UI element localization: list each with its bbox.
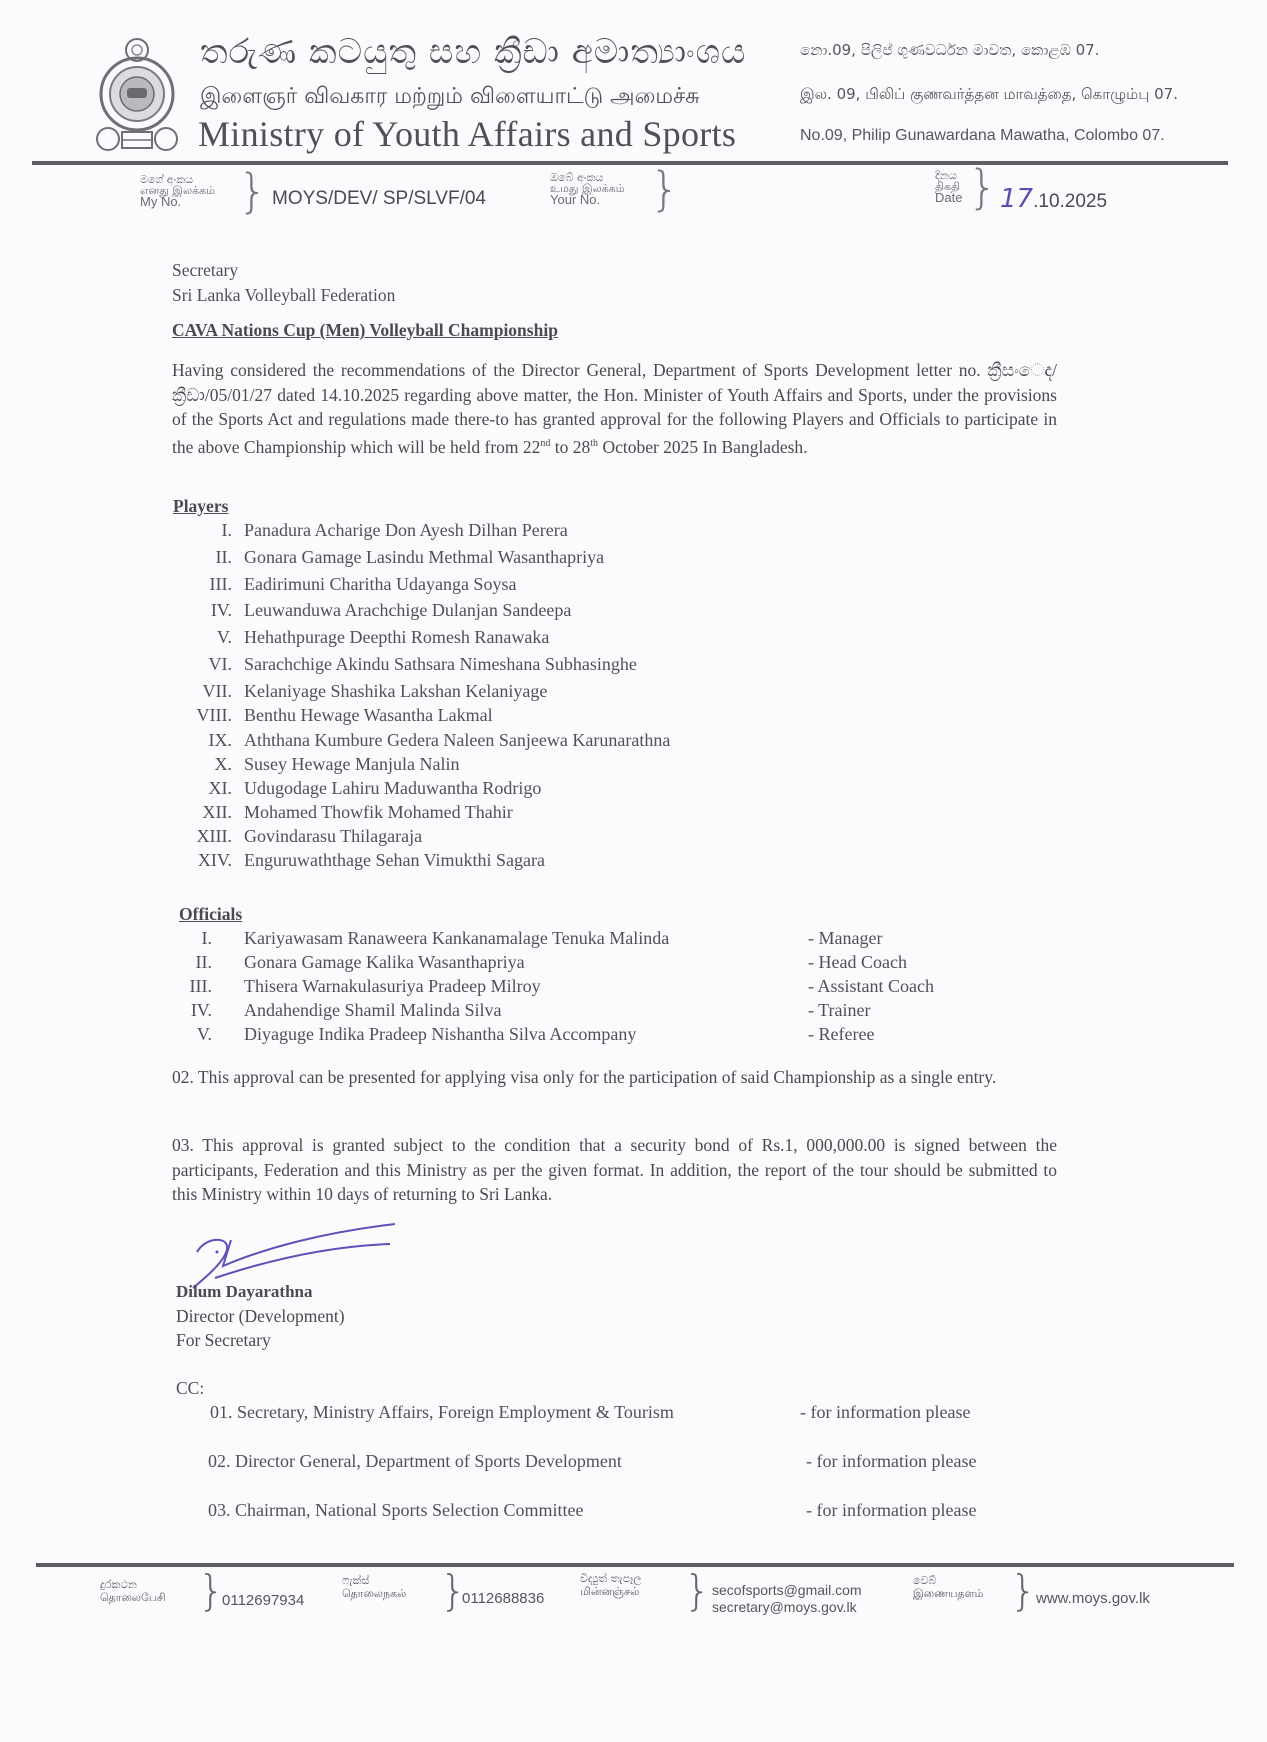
- intro-paragraph: Having considered the recommendations of…: [172, 358, 1057, 459]
- player-name: Leuwanduwa Arachchige Dulanjan Sandeepa: [244, 600, 571, 621]
- brace-icon: }: [650, 166, 679, 212]
- intro-text: to 28: [550, 436, 590, 456]
- player-number: VII.: [172, 681, 232, 702]
- player-name: Udugodage Lahiru Maduwantha Rodrigo: [244, 778, 541, 799]
- cc-note: - for information please: [806, 1500, 976, 1521]
- my-no-label-en: My No.: [140, 196, 215, 207]
- player-name: Panadura Acharige Don Ayesh Dilhan Perer…: [244, 520, 568, 541]
- sri-lanka-emblem-icon: [92, 36, 182, 154]
- ordinal-suffix: th: [590, 438, 598, 449]
- player-name: Mohamed Thowfik Mohamed Thahir: [244, 802, 513, 823]
- email-label: විද්‍යුත් තැපෑල மின்னஞ்சல்: [580, 1572, 642, 1598]
- email-addresses: secofsports@gmail.com secretary@moys.gov…: [712, 1582, 862, 1616]
- brace-icon: }: [968, 164, 997, 210]
- your-no-label-en: Your No.: [550, 194, 625, 205]
- address-english: No.09, Philip Gunawardana Mawatha, Colom…: [800, 127, 1165, 145]
- web-label: වෙබ් இணையதளம்: [913, 1574, 983, 1600]
- date-month-year: .10.2025: [1033, 191, 1107, 212]
- official-name: Kariyawasam Ranaweera Kankanamalage Tenu…: [244, 928, 669, 949]
- subject-heading: CAVA Nations Cup (Men) Volleyball Champi…: [172, 320, 558, 341]
- ordinal-suffix: nd: [540, 438, 550, 449]
- official-role: - Trainer: [808, 1000, 871, 1021]
- signature-block: Dilum Dayarathna Director (Development) …: [176, 1280, 345, 1352]
- brace-icon: }: [1010, 1570, 1037, 1612]
- official-role: - Assistant Coach: [808, 976, 934, 997]
- header-divider: [32, 161, 1228, 165]
- player-number: XIII.: [172, 826, 232, 847]
- paragraph-security-bond: 03. This approval is granted subject to …: [172, 1133, 1057, 1207]
- player-number: X.: [172, 754, 232, 775]
- player-number: IX.: [172, 730, 232, 751]
- player-name: Susey Hewage Manjula Nalin: [244, 754, 459, 775]
- player-number: III.: [172, 574, 232, 595]
- brace-icon: }: [198, 1570, 225, 1612]
- official-number: III.: [152, 976, 212, 997]
- player-name: Eadirimuni Charitha Udayanga Soysa: [244, 574, 516, 595]
- player-number: I.: [172, 520, 232, 541]
- official-role: - Manager: [808, 928, 882, 949]
- official-name: Diyaguge Indika Pradeep Nishantha Silva …: [244, 1024, 636, 1045]
- signatory-name: Dilum Dayarathna: [176, 1280, 345, 1304]
- ministry-name-english: Ministry of Youth Affairs and Sports: [198, 113, 736, 155]
- fax-number: 0112688836: [462, 1590, 544, 1607]
- addressee-title: Secretary: [172, 258, 395, 283]
- brace-icon: }: [238, 168, 267, 214]
- phone-label-si: දුරකථන: [100, 1578, 166, 1591]
- officials-heading: Officials: [179, 904, 242, 925]
- email-label-ta: மின்னஞ்சல்: [580, 1585, 642, 1598]
- fax-label: ෆැක්ස් தொலைநகல்: [342, 1574, 406, 1600]
- player-name: Hehathpurage Deepthi Romesh Ranawaka: [244, 627, 549, 648]
- website-link[interactable]: www.moys.gov.lk: [1036, 1590, 1150, 1607]
- player-number: IV.: [172, 600, 232, 621]
- cc-recipient: 02. Director General, Department of Spor…: [208, 1451, 622, 1472]
- signatory-title: Director (Development): [176, 1304, 345, 1328]
- date-label-en: Date: [935, 192, 962, 203]
- cc-note: - for information please: [800, 1402, 970, 1423]
- cc-label: CC:: [176, 1376, 204, 1401]
- player-name: Sarachchige Akindu Sathsara Nimeshana Su…: [244, 654, 637, 675]
- player-name: Govindarasu Thilagaraja: [244, 826, 422, 847]
- date-label: දිනය திகதி Date: [935, 170, 962, 203]
- fax-label-si: ෆැක්ස්: [342, 1574, 406, 1587]
- player-name: Enguruwaththage Sehan Vimukthi Sagara: [244, 850, 545, 871]
- official-number: V.: [152, 1024, 212, 1045]
- players-heading: Players: [173, 496, 228, 517]
- intro-text: October 2025 In Bangladesh.: [598, 436, 807, 456]
- address-tamil: இல. 09, பிலிப் குணவர்த்தன மாவத்தை, கொழும…: [800, 85, 1178, 105]
- phone-label: දුරකථන தொலைபேசி: [100, 1578, 166, 1604]
- player-number: XIV.: [172, 850, 232, 871]
- player-name: Kelaniyage Shashika Lakshan Kelaniyage: [244, 681, 547, 702]
- official-name: Andahendige Shamil Malinda Silva: [244, 1000, 501, 1021]
- player-name: Aththana Kumbure Gedera Naleen Sanjeewa …: [244, 730, 670, 751]
- signatory-on-behalf: For Secretary: [176, 1328, 345, 1352]
- paragraph-visa-condition: 02. This approval can be presented for a…: [172, 1065, 1057, 1090]
- official-name: Thisera Warnakulasuriya Pradeep Milroy: [244, 976, 541, 997]
- date-value: 17.10.2025: [1000, 184, 1107, 214]
- addressee-organisation: Sri Lanka Volleyball Federation: [172, 283, 395, 308]
- phone-label-ta: தொலைபேசி: [100, 1591, 166, 1604]
- player-name: Gonara Gamage Lasindu Methmal Wasanthapr…: [244, 547, 604, 568]
- date-day-handwritten: 17: [1000, 184, 1033, 214]
- player-number: XI.: [172, 778, 232, 799]
- email-label-si: විද්‍යුත් තැපෑල: [580, 1572, 642, 1585]
- cc-recipient: 01. Secretary, Ministry Affairs, Foreign…: [210, 1402, 674, 1423]
- fax-label-ta: தொலைநகல்: [342, 1587, 406, 1600]
- official-role: - Head Coach: [808, 952, 907, 973]
- official-name: Gonara Gamage Kalika Wasanthapriya: [244, 952, 525, 973]
- player-number: VIII.: [172, 705, 232, 726]
- address-sinhala: නො.09, පිලිප් ගුණවර්ධන මාවත, කොළඹ 07.: [800, 41, 1099, 59]
- phone-number: 0112697934: [222, 1592, 304, 1609]
- email-primary-link[interactable]: secofsports@gmail.com: [712, 1582, 862, 1599]
- official-number: II.: [152, 952, 212, 973]
- official-role: - Referee: [808, 1024, 874, 1045]
- ministry-name-tamil: இளைஞர் விவகார மற்றும் விளையாட்டு அமைச்சு: [200, 84, 700, 112]
- player-number: VI.: [172, 654, 232, 675]
- player-number: II.: [172, 547, 232, 568]
- player-number: XII.: [172, 802, 232, 823]
- email-secondary-link[interactable]: secretary@moys.gov.lk: [712, 1599, 862, 1616]
- web-label-ta: இணையதளம்: [913, 1587, 983, 1600]
- web-label-si: වෙබ්: [913, 1574, 983, 1587]
- brace-icon: }: [684, 1570, 711, 1612]
- player-number: V.: [172, 627, 232, 648]
- my-no-label: මගේ අංකය எனது இலக்கம் My No.: [140, 174, 215, 207]
- official-number: I.: [152, 928, 212, 949]
- addressee: Secretary Sri Lanka Volleyball Federatio…: [172, 258, 395, 307]
- cc-recipient: 03. Chairman, National Sports Selection …: [208, 1500, 583, 1521]
- player-name: Benthu Hewage Wasantha Lakmal: [244, 705, 493, 726]
- your-no-label: ඔබේ අංකය உமது இலக்கம் Your No.: [550, 172, 625, 205]
- ministry-name-sinhala: තරුණ කටයුතු සහ ක්‍රීඩා අමාත්‍යාංශය: [200, 32, 746, 72]
- official-number: IV.: [152, 1000, 212, 1021]
- cc-note: - for information please: [806, 1451, 976, 1472]
- my-no-value: MOYS/DEV/ SP/SLVF/04: [272, 188, 486, 210]
